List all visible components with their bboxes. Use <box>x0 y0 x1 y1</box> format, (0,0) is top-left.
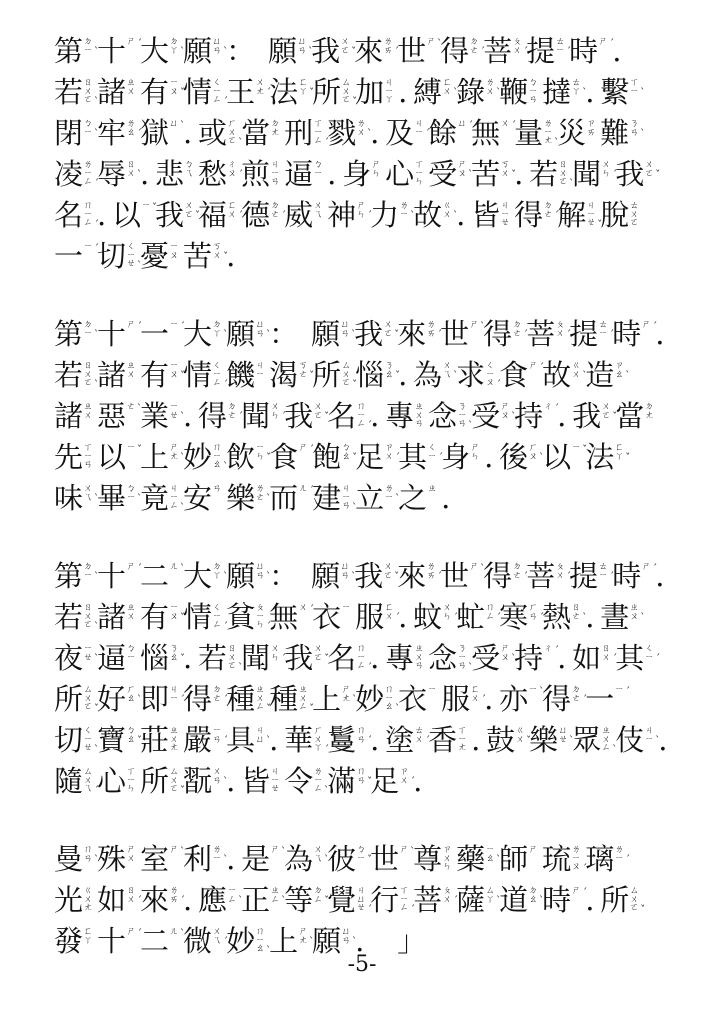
zhuyin-annotation: ㄊㄨㄛ <box>629 202 639 228</box>
zhuyin-annotation: ㄏㄠˋ <box>126 686 136 703</box>
hanzi-with-zhuyin: 聞ㄨㄣˊ <box>572 157 611 191</box>
tone-mark: ˊ <box>266 624 271 632</box>
zhuyin-annotation: ㄉㄜˊ <box>512 563 522 580</box>
hanzi-with-zhuyin: 妙ㄇㄧㄠˋ <box>355 682 394 716</box>
hanzi-character: 所 <box>140 764 169 798</box>
hanzi-character: 名 <box>327 641 356 675</box>
hanzi-with-zhuyin: 樂ㄩㄝˋ <box>529 723 568 757</box>
tone-mark: ˋ <box>137 406 142 414</box>
tone-mark: ˋ <box>137 496 142 504</box>
hanzi-with-zhuyin: 具ㄐㄩˋ <box>226 723 265 757</box>
hanzi-character: 味 <box>54 481 83 515</box>
text-line: 隨ㄙㄨㄟˊ心ㄒㄧㄣ所ㄙㄨㄛˇ翫ㄨㄢˋ.皆ㄐㄧㄝ令ㄌㄧㄥˋ滿ㄇㄢˇ足ㄗㄨˊ. <box>54 764 699 805</box>
tone-mark: ˋ <box>410 213 415 221</box>
hanzi-character: 王 <box>226 75 255 109</box>
tone-mark: ˋ <box>496 857 501 865</box>
tone-mark: ˊ <box>582 697 587 705</box>
text-line: 若ㄖㄨㄛˋ諸ㄓㄨ有ㄧㄡˇ情ㄑㄧㄥˊ貧ㄆㄧㄣˊ無ㄨˊ衣ㄧ服ㄈㄨˊ.蚊ㄨㄣˊ虻ㄇㄥˊ… <box>54 600 699 641</box>
zhuyin-annotation: ㄩㄝˋ <box>558 727 568 744</box>
vow-paragraph: 第ㄉㄧˋ十ㄕˊ大ㄉㄚˋ願ㄩㄢˋ：願ㄩㄢˋ我ㄨㄛˇ來ㄌㄞˊ世ㄕˋ得ㄉㄜˊ菩ㄆㄨˊ提… <box>54 34 699 280</box>
hanzi-with-zhuyin: 衣ㄧ <box>312 600 351 634</box>
hanzi-character: 以 <box>112 198 141 232</box>
tone-mark: ˊ <box>437 332 442 340</box>
hanzi-character: 當 <box>241 116 270 150</box>
hanzi-character: 所 <box>312 75 341 109</box>
hanzi-character: 閉 <box>54 116 83 150</box>
hanzi-character: 無 <box>471 116 500 150</box>
hanzi-with-zhuyin: 憂ㄧㄡ <box>140 239 179 273</box>
zhuyin-annotation: ㄇㄧㄠˋ <box>212 444 222 470</box>
hanzi-character: 繫 <box>600 75 629 109</box>
hanzi-with-zhuyin: 菩ㄆㄨˊ <box>413 883 452 917</box>
zhuyin-annotation: ㄙㄨㄛˇ <box>83 686 93 712</box>
hanzi-with-zhuyin: 諸ㄓㄨ <box>54 399 93 433</box>
tone-mark: ˊ <box>523 574 528 582</box>
hanzi-with-zhuyin: 熱ㄖㄜˋ <box>542 600 581 634</box>
hanzi-with-zhuyin: 來ㄌㄞˊ <box>397 559 436 593</box>
hanzi-character: 身 <box>441 440 470 474</box>
hanzi-character: 受 <box>471 399 500 433</box>
tone-mark: ˇ <box>266 706 271 714</box>
hanzi-character: 我 <box>354 317 383 351</box>
hanzi-character: 得 <box>198 399 227 433</box>
zhuyin-annotation: ㄍㄨㄤ <box>83 887 93 913</box>
hanzi-character: 有 <box>140 75 169 109</box>
tone-mark: ˋ <box>266 496 271 504</box>
zhuyin-annotation: ㄇㄢˊ <box>356 727 366 744</box>
tone-mark: ˇ <box>152 205 157 213</box>
zhuyin-annotation: ㄇㄢˋ <box>83 846 93 863</box>
hanzi-character: 等 <box>284 883 313 917</box>
hanzi-with-zhuyin: 竟ㄐㄧㄥˋ <box>140 481 179 515</box>
zhuyin-annotation: ㄓㄨㄢ <box>414 403 424 429</box>
hanzi-character: 好 <box>97 682 126 716</box>
hanzi-with-zhuyin: 縛ㄈㄨˋ <box>413 75 452 109</box>
zhuyin-annotation: ㄕˋ <box>169 846 179 855</box>
tone-mark: ˊ <box>137 898 142 906</box>
zhuyin-annotation: ㄧˋ <box>528 686 538 695</box>
hanzi-character: 苦 <box>183 239 212 273</box>
hanzi-with-zhuyin: 時ㄕˊ <box>612 559 651 593</box>
hanzi-character: 來 <box>140 883 169 917</box>
tone-mark: ˊ <box>625 857 630 865</box>
zhuyin-annotation: ㄧㄥˋ <box>227 887 237 904</box>
hanzi-with-zhuyin: 蚊ㄨㄣˊ <box>413 600 452 634</box>
hanzi-with-zhuyin: 大ㄉㄚˋ <box>140 34 179 68</box>
hanzi-character: 先 <box>54 440 83 474</box>
tone-mark: ˊ <box>367 665 372 673</box>
zhuyin-annotation: ㄅㄠˇ <box>341 444 351 461</box>
zhuyin-annotation: ㄍㄨˋ <box>442 202 452 219</box>
tone-mark: ˇ <box>625 455 630 463</box>
hanzi-with-zhuyin: 種ㄓㄨㄥˇ <box>269 682 308 716</box>
zhuyin-annotation: ㄨㄣˊ <box>601 161 611 178</box>
tone-mark: ˋ <box>223 857 228 865</box>
tone-mark: ˋ <box>137 172 142 180</box>
hanzi-character: 諸 <box>97 600 126 634</box>
zhuyin-annotation: ㄌㄧㄤˋ <box>543 120 553 146</box>
zhuyin-annotation: ㄧㄠˋ <box>485 846 495 863</box>
zhuyin-annotation: ㄑㄧˊ <box>427 444 437 461</box>
hanzi-character: 大 <box>183 559 212 593</box>
zhuyin-annotation: ㄕˋ <box>399 846 409 855</box>
zhuyin-annotation: ㄖㄨˊ <box>601 645 611 662</box>
tone-mark: ˊ <box>582 866 587 874</box>
hanzi-character: 憂 <box>140 239 169 273</box>
text-line: 夜ㄧㄝˋ逼ㄅㄧ惱ㄋㄠˇ.若ㄖㄨㄛˋ聞ㄨㄣˊ我ㄨㄛˇ名ㄇㄧㄥˊ.專ㄓㄨㄢ念ㄋㄧㄢˋ… <box>54 641 699 682</box>
hanzi-character: 願 <box>311 317 340 351</box>
tone-mark: ˋ <box>496 898 501 906</box>
zhuyin-annotation: ㄒㄧˋ <box>629 79 639 96</box>
hanzi-character: 當 <box>615 399 644 433</box>
hanzi-with-zhuyin: 我ㄨㄛˇ <box>284 641 323 675</box>
hanzi-character: 情 <box>183 75 212 109</box>
hanzi-with-zhuyin: 世ㄕˋ <box>440 559 479 593</box>
hanzi-with-zhuyin: 閉ㄅㄧˋ <box>54 116 93 150</box>
hanzi-with-zhuyin: 量ㄌㄧㄤˋ <box>514 116 553 150</box>
tone-mark: ˊ <box>309 488 314 496</box>
tone-mark: ˇ <box>597 222 602 230</box>
tone-mark: ˋ <box>655 738 660 746</box>
hanzi-with-zhuyin: 我ㄨㄛˇ <box>615 157 654 191</box>
zhuyin-annotation: ㄓㄨ <box>126 362 136 379</box>
tone-mark: ˋ <box>453 373 458 381</box>
tone-mark: ˋ <box>281 898 286 906</box>
hanzi-with-zhuyin: 當ㄉㄤ <box>241 116 280 150</box>
zhuyin-annotation: ㄨㄟˋ <box>313 846 323 863</box>
zhuyin-annotation: ㄩㄢˋ <box>341 928 351 945</box>
hanzi-with-zhuyin: 願ㄩㄢˋ <box>268 34 307 68</box>
tone-mark: ˋ <box>640 131 645 139</box>
zhuyin-annotation: ㄏㄨㄚˊ <box>313 727 323 753</box>
zhuyin-annotation: ㄦˊ <box>298 485 308 494</box>
hanzi-character: 以 <box>542 440 571 474</box>
zhuyin-annotation: ㄩㄢˋ <box>212 38 222 55</box>
tone-mark: ˇ <box>351 49 356 57</box>
hanzi-character: 道 <box>499 883 528 917</box>
tone-mark: ˊ <box>223 624 228 632</box>
hanzi-character: 服 <box>355 600 384 634</box>
hanzi-character: 飲 <box>226 440 255 474</box>
tone-mark: ˊ <box>180 898 185 906</box>
hanzi-with-zhuyin: 解ㄐㄧㄝˇ <box>557 198 596 232</box>
zhuyin-annotation: ㄉㄥˇ <box>313 887 323 904</box>
zhuyin-annotation: ㄌㄞˊ <box>383 38 393 55</box>
hanzi-character: 煎 <box>241 157 270 191</box>
tone-mark: ˊ <box>394 49 399 57</box>
hanzi-with-zhuyin: 錄ㄌㄨˋ <box>456 75 495 109</box>
zhuyin-annotation: ㄦˋ <box>169 563 179 572</box>
hanzi-character: 所 <box>54 682 83 716</box>
tone-mark: ˊ <box>324 140 329 148</box>
hanzi-character: 皆 <box>471 198 500 232</box>
tone-mark: ˋ <box>309 939 314 947</box>
hanzi-with-zhuyin: 服ㄈㄨˊ <box>441 682 480 716</box>
hanzi-with-zhuyin: 諸ㄓㄨ <box>97 600 136 634</box>
hanzi-character: 加 <box>355 75 384 109</box>
zhuyin-annotation: ㄉㄜˊ <box>212 686 222 703</box>
zhuyin-annotation: ㄆㄨˊ <box>555 321 565 338</box>
hanzi-with-zhuyin: 光ㄍㄨㄤ <box>54 883 93 917</box>
tone-mark: ˊ <box>612 172 617 180</box>
zhuyin-annotation: ㄉㄜˊ <box>571 686 581 703</box>
zhuyin-annotation: ㄖㄜˋ <box>571 604 581 621</box>
tone-mark: ˇ <box>582 447 587 455</box>
zhuyin-annotation: ㄑㄧㄥˊ <box>212 362 222 388</box>
tone-mark: ˋ <box>238 898 243 906</box>
zhuyin-annotation: ㄕㄣ <box>470 444 480 461</box>
hanzi-with-zhuyin: 正ㄓㄥˋ <box>241 883 280 917</box>
zhuyin-annotation: ㄈㄚˇ <box>298 79 308 96</box>
hanzi-with-zhuyin: 時ㄕˊ <box>569 34 608 68</box>
tone-mark: ˋ <box>238 140 243 148</box>
hanzi-character: 世 <box>397 34 426 68</box>
text-line: 一ㄧˊ切ㄑㄧㄝˋ憂ㄧㄡ苦ㄎㄨˇ. <box>54 239 699 280</box>
hanzi-character: 念 <box>428 641 457 675</box>
hanzi-with-zhuyin: 造ㄗㄠˋ <box>585 358 624 392</box>
hanzi-with-zhuyin: 切ㄑㄧㄝˋ <box>54 723 93 757</box>
zhuyin-annotation: ㄓㄨ <box>126 604 136 621</box>
hanzi-character: 若 <box>54 600 83 634</box>
hanzi-character: 聞 <box>241 641 270 675</box>
tone-mark: ˊ <box>266 90 271 98</box>
tone-mark: ˊ <box>612 656 617 664</box>
hanzi-character: 情 <box>183 358 212 392</box>
hanzi-character: 其 <box>615 641 644 675</box>
tone-mark: ˇ <box>309 706 314 714</box>
hanzi-with-zhuyin: 衣ㄧ <box>398 682 437 716</box>
zhuyin-annotation: ㄧˇ <box>126 444 136 453</box>
zhuyin-annotation: ㄐㄩˋ <box>255 727 265 744</box>
zhuyin-annotation: ㄔㄡˊ <box>227 161 237 178</box>
zhuyin-annotation: ㄏㄢˊ <box>528 604 538 621</box>
tone-mark: ˊ <box>609 41 614 49</box>
hanzi-with-zhuyin: 名ㄇㄧㄥˊ <box>327 399 366 433</box>
tone-mark: ˊ <box>94 246 99 254</box>
hanzi-character: 諸 <box>97 358 126 392</box>
hanzi-character: 我 <box>311 34 340 68</box>
hanzi-character: 璃 <box>585 842 614 876</box>
hanzi-with-zhuyin: 獄ㄩˋ <box>140 116 179 150</box>
hanzi-with-zhuyin: 撻ㄊㄚˋ <box>542 75 581 109</box>
hanzi-character: 難 <box>600 116 629 150</box>
hanzi-character: 情 <box>183 600 212 634</box>
hanzi-character: 種 <box>269 682 298 716</box>
zhuyin-annotation: ㄩˊ <box>457 120 467 129</box>
hanzi-with-zhuyin: 食ㄕˊ <box>499 358 538 392</box>
hanzi-character: 琉 <box>542 842 571 876</box>
zhuyin-annotation: ㄨㄟˋ <box>83 485 93 502</box>
hanzi-character: 縛 <box>413 75 442 109</box>
zhuyin-annotation: ㄐㄧㄝ <box>500 202 510 228</box>
hanzi-character: 法 <box>585 440 614 474</box>
tone-mark: ˋ <box>180 566 185 574</box>
hanzi-character: 利 <box>183 842 212 876</box>
hanzi-character: 持 <box>514 641 543 675</box>
hanzi-with-zhuyin: 利ㄌㄧˋ <box>183 842 222 876</box>
zhuyin-annotation: ㄧㄣˇ <box>255 444 265 461</box>
tone-mark: ˊ <box>281 213 286 221</box>
hanzi-with-zhuyin: 食ㄕˊ <box>269 440 308 474</box>
hanzi-with-zhuyin: 令ㄌㄧㄥˋ <box>284 764 323 798</box>
zhuyin-annotation: ㄩˋ <box>169 120 179 129</box>
zhuyin-annotation: ㄇㄧㄠˋ <box>384 686 394 712</box>
tone-mark: ˋ <box>352 697 357 705</box>
punctuation: . <box>655 317 668 351</box>
hanzi-character: 尊 <box>413 842 442 876</box>
zhuyin-annotation: ㄌㄞˊ <box>426 563 436 580</box>
hanzi-character: 提 <box>569 317 598 351</box>
tone-mark: ˊ <box>309 447 314 455</box>
zhuyin-annotation: ㄈㄨˊ <box>384 604 394 621</box>
tone-mark: ˊ <box>566 49 571 57</box>
tone-mark: ˋ <box>352 505 357 513</box>
tone-mark: ˇ <box>180 90 185 98</box>
hanzi-with-zhuyin: 以ㄧˇ <box>97 440 136 474</box>
hanzi-with-zhuyin: 專ㄓㄨㄢ <box>385 399 424 433</box>
hanzi-with-zhuyin: 上ㄕㄤˋ <box>312 682 351 716</box>
tone-mark: ˊ <box>238 172 243 180</box>
tone-mark: ˇ <box>367 779 372 787</box>
tone-mark: ˇ <box>137 447 142 455</box>
hanzi-with-zhuyin: 得ㄉㄜˊ <box>483 317 522 351</box>
tone-mark: ˊ <box>309 607 314 615</box>
zhuyin-annotation: ㄋㄠˇ <box>384 362 394 379</box>
hanzi-with-zhuyin: 我ㄨㄛˇ <box>311 34 350 68</box>
hanzi-with-zhuyin: 鬘ㄇㄢˊ <box>327 723 366 757</box>
tone-mark: ˊ <box>395 615 400 623</box>
hanzi-character: 覺 <box>327 883 356 917</box>
tone-mark: ˋ <box>266 332 271 340</box>
tone-mark: ˇ <box>367 857 372 865</box>
hanzi-with-zhuyin: 逼ㄅㄧ <box>284 157 323 191</box>
hanzi-with-zhuyin: 菩ㄆㄨˊ <box>483 34 522 68</box>
zhuyin-annotation: ㄐㄧㄢ <box>270 161 280 187</box>
zhuyin-annotation: ㄧ <box>427 686 437 695</box>
hanzi-character: 夜 <box>54 641 83 675</box>
hanzi-character: 塗 <box>385 723 414 757</box>
hanzi-with-zhuyin: 所ㄙㄨㄛˇ <box>312 75 351 109</box>
zhuyin-annotation: ㄌㄧˋ <box>384 485 394 502</box>
hanzi-character: 身 <box>342 157 371 191</box>
tone-mark: ˊ <box>180 324 185 332</box>
hanzi-character: 食 <box>269 440 298 474</box>
zhuyin-annotation: ㄕㄣˊ <box>356 202 366 219</box>
hanzi-character: 菩 <box>526 559 555 593</box>
hanzi-with-zhuyin: 尊ㄗㄨㄣ <box>413 842 452 876</box>
zhuyin-annotation: ㄨㄛˇ <box>601 403 611 420</box>
hanzi-character: 得 <box>483 559 512 593</box>
tone-mark: ˊ <box>223 382 228 390</box>
hanzi-character: 具 <box>226 723 255 757</box>
tone-mark: ˋ <box>308 49 313 57</box>
tone-mark: ˇ <box>511 172 516 180</box>
zhuyin-annotation: ㄈㄚ <box>83 928 93 945</box>
hanzi-character: 光 <box>54 883 83 917</box>
tone-mark: ˊ <box>609 332 614 340</box>
hanzi-character: 為 <box>413 358 442 392</box>
punctuation: . <box>327 157 340 191</box>
hanzi-character: 如 <box>97 883 126 917</box>
hanzi-character: 來 <box>397 317 426 351</box>
zhuyin-annotation: ㄖㄨˋ <box>126 161 136 178</box>
hanzi-with-zhuyin: 道ㄉㄠˋ <box>499 883 538 917</box>
punctuation: . <box>655 559 668 593</box>
hanzi-character: 切 <box>97 239 126 273</box>
tone-mark: ˊ <box>496 615 501 623</box>
tone-mark: ˋ <box>180 505 185 513</box>
zhuyin-annotation: ㄓㄨㄥˋ <box>601 727 611 753</box>
zhuyin-annotation: ㄇㄧㄠˋ <box>255 928 265 954</box>
zhuyin-annotation: ㄧㄡ <box>169 243 179 260</box>
tone-mark: ˋ <box>223 332 228 340</box>
zhuyin-annotation: ㄉㄠˋ <box>528 887 538 904</box>
tone-mark: ˊ <box>511 123 516 131</box>
hanzi-character: 隨 <box>54 764 83 798</box>
hanzi-with-zhuyin: 莊ㄓㄨㄤ <box>140 723 179 757</box>
hanzi-character: 應 <box>198 883 227 917</box>
text-line: 先ㄒㄧㄢ以ㄧˇ上ㄕㄤˋ妙ㄇㄧㄠˋ飲ㄧㄣˇ食ㄕˊ飽ㄅㄠˇ足ㄗㄨˊ其ㄑㄧˊ身ㄕㄣ.後… <box>54 440 699 481</box>
tone-mark: ˋ <box>180 49 185 57</box>
tone-mark: ˋ <box>94 747 99 755</box>
tone-mark: ˊ <box>496 382 501 390</box>
hanzi-with-zhuyin: 業ㄧㄝˋ <box>140 399 179 433</box>
zhuyin-annotation: ㄐㄧˊ <box>414 120 424 137</box>
hanzi-with-zhuyin: 璃ㄌㄧˊ <box>585 842 624 876</box>
zhuyin-annotation: ㄕ <box>528 846 538 855</box>
zhuyin-annotation: ㄕˊ <box>571 887 581 896</box>
punctuation: . <box>557 641 570 675</box>
hanzi-with-zhuyin: 難ㄋㄢˋ <box>600 116 639 150</box>
zhuyin-annotation: ㄌㄧˋ <box>399 202 409 219</box>
zhuyin-annotation: ㄇㄥˊ <box>485 604 495 621</box>
hanzi-with-zhuyin: 殊ㄕㄨ <box>97 842 136 876</box>
tone-mark: ˊ <box>539 365 544 373</box>
hanzi-with-zhuyin: 求ㄑㄧㄡˊ <box>456 358 495 392</box>
hanzi-character: 惱 <box>140 641 169 675</box>
hanzi-character: 香 <box>428 723 457 757</box>
zhuyin-annotation: ㄕㄡˋ <box>500 403 510 420</box>
hanzi-with-zhuyin: 法ㄈㄚˇ <box>269 75 308 109</box>
hanzi-character: 若 <box>198 641 227 675</box>
zhuyin-annotation: ㄌㄧㄥˋ <box>313 768 323 794</box>
text-line: 閉ㄅㄧˋ牢ㄌㄠˊ獄ㄩˋ.或ㄏㄨㄛˋ當ㄉㄤ刑ㄒㄧㄥˊ戮ㄌㄨˋ.及ㄐㄧˊ餘ㄩˊ無ㄨˊ… <box>54 116 699 157</box>
hanzi-character: 服 <box>441 682 470 716</box>
tone-mark: ˊ <box>453 898 458 906</box>
hanzi-with-zhuyin: 故ㄍㄨˋ <box>542 358 581 392</box>
tone-mark: ˋ <box>511 656 516 664</box>
hanzi-character: 諸 <box>97 75 126 109</box>
hanzi-character: 提 <box>569 559 598 593</box>
zhuyin-annotation: ㄖㄨㄛˋ <box>83 604 93 630</box>
zhuyin-annotation: ㄊㄚˋ <box>571 79 581 96</box>
zhuyin-annotation: ㄑㄧㄥˊ <box>212 604 222 630</box>
hanzi-with-zhuyin: 得ㄉㄜˊ <box>514 198 553 232</box>
hanzi-character: 虻 <box>456 600 485 634</box>
hanzi-character: 熱 <box>542 600 571 634</box>
hanzi-with-zhuyin: 身ㄕㄣ <box>441 440 480 474</box>
tone-mark: ˊ <box>137 931 142 939</box>
tone-mark: ˋ <box>266 738 271 746</box>
tone-mark: ˋ <box>453 90 458 98</box>
tone-mark: ˊ <box>468 123 473 131</box>
hanzi-with-zhuyin: 我ㄨㄛˇ <box>572 399 611 433</box>
hanzi-character: 切 <box>54 723 83 757</box>
hanzi-with-zhuyin: 行ㄒㄧㄥˊ <box>370 883 409 917</box>
zhuyin-annotation: ㄧˊ <box>614 686 624 695</box>
hanzi-character: 安 <box>183 481 212 515</box>
punctuation: . <box>398 75 411 109</box>
